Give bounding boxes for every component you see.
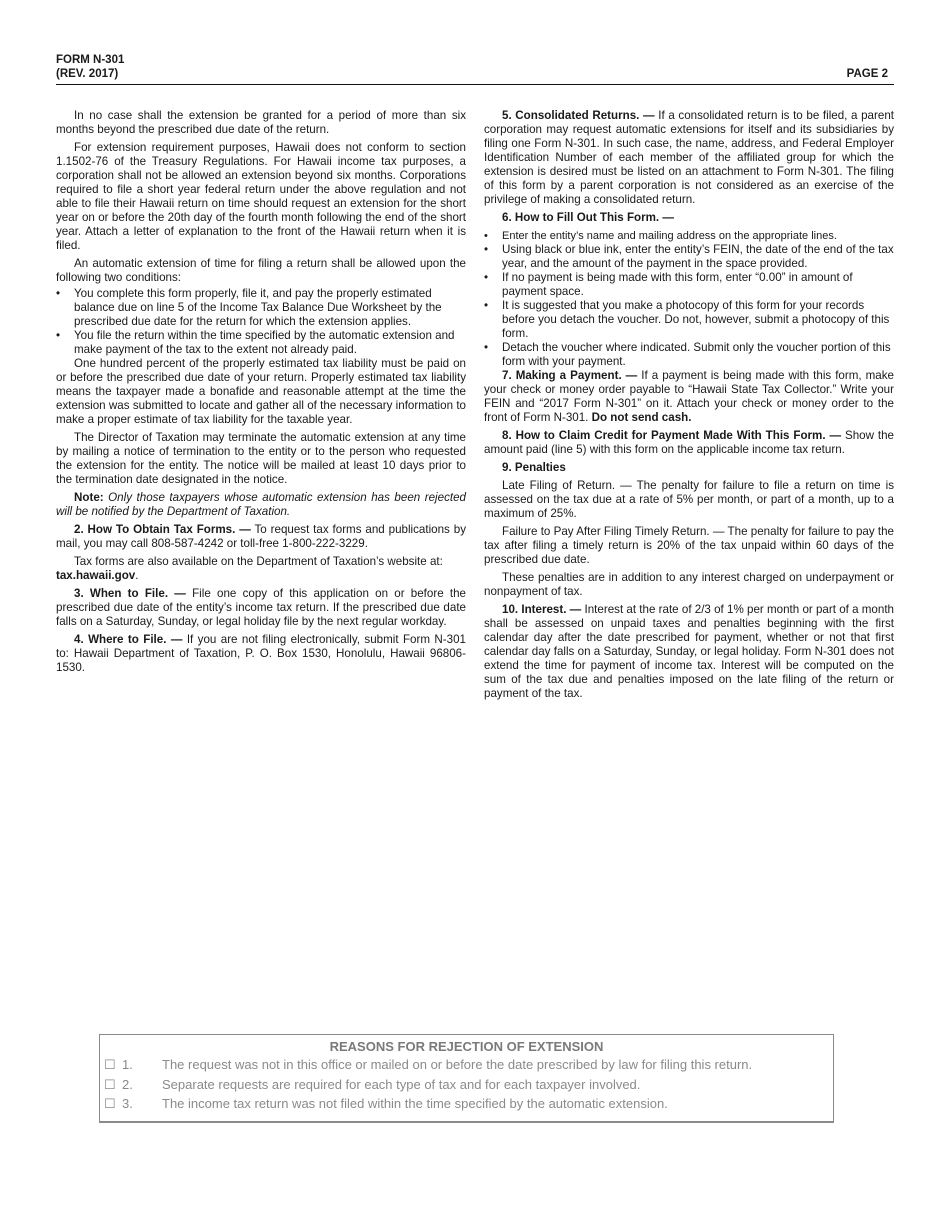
section-3-when-to-file: 3. When to File. — File one copy of this…: [56, 587, 466, 629]
left-column: In no case shall the extension be grante…: [56, 109, 466, 679]
page-number: PAGE 2: [847, 68, 888, 80]
bullet-icon: •: [484, 243, 488, 257]
section-5-consolidated-returns: 5. Consolidated Returns. — If a consolid…: [484, 109, 894, 207]
rejection-reason-2: ☐ 2. Separate requests are required for …: [100, 1075, 833, 1095]
paragraph-failure-to-pay: Failure to Pay After Filing Timely Retur…: [484, 525, 894, 567]
section-6-heading: 6. How to Fill Out This Form. —: [484, 211, 894, 225]
section-2-obtain-forms: 2. How To Obtain Tax Forms. — To request…: [56, 523, 466, 551]
paragraph-penalties-addition: These penalties are in addition to any i…: [484, 571, 894, 599]
fill-out-bullet-2: •Using black or blue ink, enter the enti…: [484, 243, 894, 271]
paragraph-note: Note: Only those taxpayers whose automat…: [56, 491, 466, 519]
right-column: 5. Consolidated Returns. — If a consolid…: [484, 109, 894, 705]
rejection-title: REASONS FOR REJECTION OF EXTENSION: [100, 1038, 833, 1055]
rejection-reasons-box: REASONS FOR REJECTION OF EXTENSION ☐ 1. …: [99, 1034, 834, 1123]
bullet-icon: •: [56, 329, 60, 343]
section-heading: 3. When to File. —: [74, 587, 186, 600]
fill-out-bullet-3: •If no payment is being made with this f…: [484, 271, 894, 299]
paragraph-termination: The Director of Taxation may terminate t…: [56, 431, 466, 487]
section-4-where-to-file: 4. Where to File. — If you are not filin…: [56, 633, 466, 675]
condition-bullet-1: •You complete this form properly, file i…: [56, 287, 466, 329]
section-heading: 2. How To Obtain Tax Forms. —: [74, 523, 251, 536]
fill-out-bullet-1: •Enter the entity’s name and mailing add…: [484, 229, 894, 243]
section-heading: 4. Where to File. —: [74, 633, 182, 646]
section-9-heading: 9. Penalties: [484, 461, 894, 475]
section-heading: 5. Consolidated Returns. —: [502, 109, 655, 122]
bullet-icon: •: [56, 287, 60, 301]
section-heading: 10. Interest. —: [502, 603, 581, 616]
bullet-icon: •: [484, 271, 488, 285]
section-7-making-payment: 7. Making a Payment. — If a payment is b…: [484, 369, 894, 425]
bullet-icon: •: [484, 299, 488, 313]
section-heading: 8. How to Claim Credit for Payment Made …: [502, 429, 841, 442]
fill-out-bullet-4: •It is suggested that you make a photoco…: [484, 299, 894, 341]
paragraph-automatic-extension: An automatic extension of time for filin…: [56, 257, 466, 285]
section-10-interest: 10. Interest. — Interest at the rate of …: [484, 603, 894, 701]
form-revision: (REV. 2017): [56, 67, 894, 81]
rejection-reason-1: ☐ 1. The request was not in this office …: [100, 1055, 833, 1075]
form-number: FORM N-301: [56, 53, 894, 67]
fill-out-bullet-5: •Detach the voucher where indicated. Sub…: [484, 341, 894, 369]
bullet-icon: •: [484, 341, 488, 355]
rejection-reason-3: ☐ 3. The income tax return was not filed…: [100, 1094, 833, 1114]
website-link[interactable]: tax.hawaii.gov: [56, 569, 135, 582]
paragraph-website: Tax forms are also available on the Depa…: [56, 555, 466, 583]
checkbox-icon[interactable]: ☐: [104, 1094, 116, 1114]
section-8-claim-credit: 8. How to Claim Credit for Payment Made …: [484, 429, 894, 457]
checkbox-icon[interactable]: ☐: [104, 1075, 116, 1095]
section-heading: 7. Making a Payment. —: [502, 369, 637, 382]
paragraph-extension-limit: In no case shall the extension be grante…: [56, 109, 466, 137]
bullet-icon: •: [484, 229, 488, 243]
paragraph-late-filing: Late Filing of Return. — The penalty for…: [484, 479, 894, 521]
paragraph-estimated-liability: One hundred percent of the properly esti…: [56, 357, 466, 427]
paragraph-treasury-regulations: For extension requirement purposes, Hawa…: [56, 141, 466, 253]
checkbox-icon[interactable]: ☐: [104, 1055, 116, 1075]
page-header: FORM N-301 (REV. 2017) PAGE 2: [56, 53, 894, 85]
condition-bullet-2: •You file the return within the time spe…: [56, 329, 466, 357]
